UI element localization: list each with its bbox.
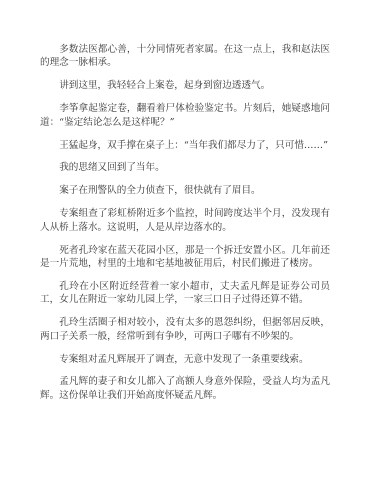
text-paragraph: 案子在刑警队的全力侦查下，很快就有了眉目。	[40, 184, 330, 197]
text-paragraph: 死者孔玲家在蓝天花园小区，那是一个拆迁安置小区。几年前还是一片荒地，村里的土地和…	[40, 244, 330, 271]
text-paragraph: 讲到这里，我轻轻合上案卷，起身到窗边透透气。	[40, 79, 330, 92]
text-paragraph: 李筝拿起鉴定卷，翻看着尸体检验鉴定书。片刻后，她疑惑地问道：“鉴定结论怎么是这样…	[40, 102, 330, 129]
text-paragraph: 孟凡辉的妻子和女儿都入了高额人身意外保险，受益人均为孟凡辉。这份保单让我们开始高…	[40, 375, 330, 402]
text-paragraph: 专案组查了彩虹桥附近多个监控，时间跨度达半个月，没发现有人从桥上落水。这说明，人…	[40, 207, 330, 234]
text-paragraph: 多数法医都心善，十分同情死者家属。在这一点上，我和赵法医的理念一脉相承。	[40, 43, 330, 70]
text-paragraph: 孔玲生活圈子相对较小，没有太多的恩怨纠纷，但据邻居反映，两口子关系一般，经常听到…	[40, 316, 330, 343]
text-paragraph: 王猛起身，双手撑在桌子上：“当年我们都尽力了，只可惜……”	[40, 139, 330, 152]
ebook-reader-page: 多数法医都心善，十分同情死者家属。在这一点上，我和赵法医的理念一脉相承。 讲到这…	[0, 0, 370, 480]
text-paragraph: 专案组对孟凡辉展开了调查，无意中发现了一条重要线索。	[40, 353, 330, 366]
text-paragraph: 孔玲在小区附近经营着一家小超市，丈夫孟凡辉是证券公司员工，女儿在附近一家幼儿园上…	[40, 280, 330, 307]
text-paragraph: 我的思绪又回到了当年。	[40, 161, 330, 174]
